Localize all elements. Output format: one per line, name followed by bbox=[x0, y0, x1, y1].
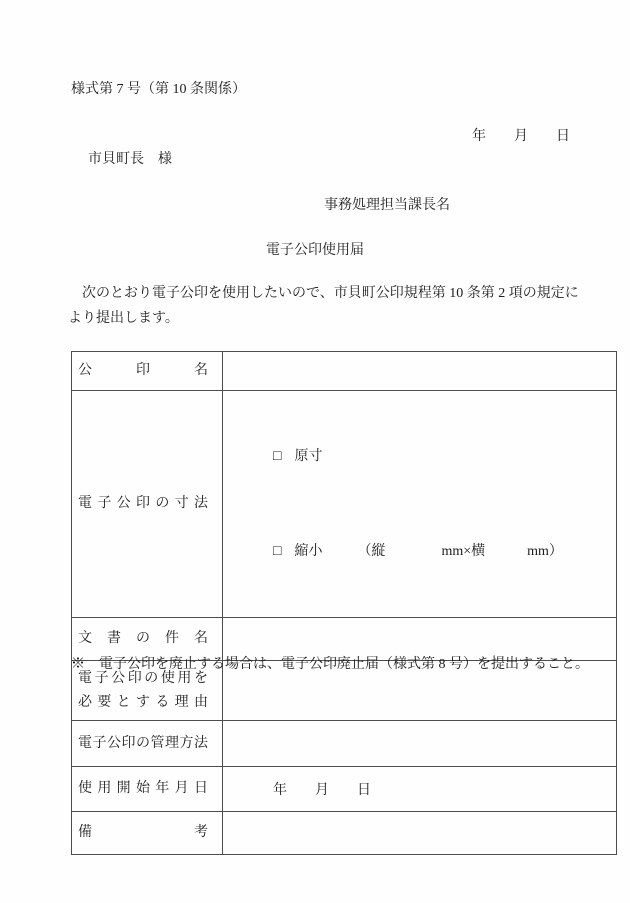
checkbox-option-original-size: □原寸 bbox=[231, 425, 608, 488]
sender-title: 事務処理担当課長名 bbox=[324, 194, 450, 214]
form-page: 様式第 7 号（第 10 条関係） 年 月 日 市貝町長 様 事務処理担当課長名… bbox=[0, 0, 630, 903]
row-label: 文書の件名 bbox=[78, 627, 208, 651]
label-cell: 使用開始年月日 bbox=[72, 767, 223, 812]
date-line: 年 月 日 bbox=[472, 125, 570, 145]
checkbox-icon: □ bbox=[273, 544, 281, 559]
checkbox-icon: □ bbox=[273, 449, 281, 464]
body-line: 次のとおり電子公印を使用したいので、市貝町公印規程第 10 条第 2 項の規定に bbox=[68, 281, 568, 306]
footnote: ※ 電子公印を廃止する場合は、電子公印廃止届（様式第 8 号）を提出すること。 bbox=[71, 653, 589, 673]
table-row-seal-size: 電子公印の寸法 □原寸 □縮小 （縦 mm×横 mm） bbox=[72, 391, 617, 618]
addressee: 市貝町長 様 bbox=[88, 148, 172, 168]
content-cell bbox=[223, 812, 617, 855]
content-cell: 年 月 日 bbox=[223, 767, 617, 812]
row-label: 必要とする理由 bbox=[78, 691, 208, 715]
table-row-seal-name: 公印名 bbox=[72, 352, 617, 391]
form-table: 公印名 電子公印の寸法 □原寸 □縮小 （縦 mm×横 mm） bbox=[71, 351, 617, 855]
table-row-management-method: 電子公印の管理方法 bbox=[72, 721, 617, 767]
table-row-remarks: 備考 bbox=[72, 812, 617, 855]
content-cell bbox=[223, 352, 617, 391]
body-paragraph: 次のとおり電子公印を使用したいので、市貝町公印規程第 10 条第 2 項の規定に… bbox=[68, 281, 568, 331]
label-cell: 公印名 bbox=[72, 352, 223, 391]
row-label: 電子公印の管理方法 bbox=[78, 732, 208, 756]
option-text: 縮小 （縦 mm×横 mm） bbox=[294, 544, 562, 559]
content-cell bbox=[223, 721, 617, 767]
checkbox-option-reduced-size: □縮小 （縦 mm×横 mm） bbox=[231, 520, 608, 583]
form-number: 様式第 7 号（第 10 条関係） bbox=[71, 78, 246, 98]
label-cell: 電子公印の管理方法 bbox=[72, 721, 223, 767]
row-label: 電子公印の寸法 bbox=[78, 492, 208, 516]
body-line: より提出します。 bbox=[68, 306, 568, 331]
table-row-start-date: 使用開始年月日 年 月 日 bbox=[72, 767, 617, 812]
row-label: 備考 bbox=[78, 821, 208, 845]
row-label: 使用開始年月日 bbox=[78, 777, 208, 801]
label-cell: 電子公印の寸法 bbox=[72, 391, 223, 618]
page-title: 電子公印使用届 bbox=[0, 239, 630, 259]
option-text: 原寸 bbox=[294, 449, 322, 464]
content-cell: □原寸 □縮小 （縦 mm×横 mm） bbox=[223, 391, 617, 618]
label-cell: 備考 bbox=[72, 812, 223, 855]
row-label: 公印名 bbox=[78, 359, 208, 383]
